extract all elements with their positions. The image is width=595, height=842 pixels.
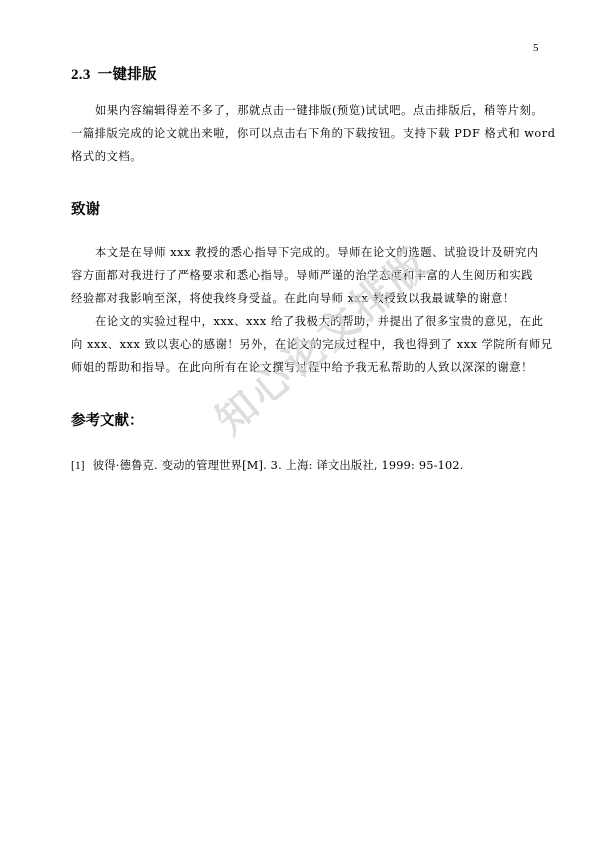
- acknowledgements-paragraph-2: 在论文的实验过程中，xxx、xxx 给了我极大的帮助，并提出了很多宝贵的意见，在…: [71, 310, 539, 379]
- section-2-3-paragraph: 如果内容编辑得差不多了，那就点击一键排版(预览)试试吧。点击排版后，稍等片刻。 …: [71, 99, 539, 168]
- paragraph-line: 本文是在导师 xxx 教授的悉心指导下完成的。导师在论文的选题、试验设计及研究内: [71, 241, 539, 264]
- acknowledgements-paragraph-1: 本文是在导师 xxx 教授的悉心指导下完成的。导师在论文的选题、试验设计及研究内…: [71, 241, 539, 310]
- acknowledgements-heading: 致谢: [71, 198, 100, 219]
- section-number: 2.3: [71, 67, 91, 83]
- paragraph-line: 在论文的实验过程中，xxx、xxx 给了我极大的帮助，并提出了很多宝贵的意见，在…: [71, 310, 539, 333]
- paragraph-line: 如果内容编辑得差不多了，那就点击一键排版(预览)试试吧。点击排版后，稍等片刻。: [71, 99, 539, 122]
- paragraph-line: 师姐的帮助和指导。在此向所有在论文撰写过程中给予我无私帮助的人致以深深的谢意！: [71, 356, 539, 379]
- section-title: 一键排版: [98, 67, 157, 83]
- reference-text: 彼得·德鲁克. 变动的管理世界[M]. 3. 上海: 译文出版社, 1999: …: [93, 459, 464, 472]
- paragraph-line: 一篇排版完成的论文就出来啦，你可以点击右下角的下载按钮。支持下载 PDF 格式和…: [71, 122, 539, 145]
- paragraph-line: 经验都对我影响至深，将使我终身受益。在此向导师 xxx 教授致以我最诚挚的谢意！: [71, 287, 539, 310]
- references-heading: 参考文献：: [71, 409, 144, 430]
- paragraph-line: 格式的文档。: [71, 145, 539, 168]
- section-heading-2-3: 2.3一键排版: [71, 63, 157, 84]
- reference-number: [1]: [71, 460, 85, 472]
- reference-item: [1]彼得·德鲁克. 变动的管理世界[M]. 3. 上海: 译文出版社, 199…: [71, 458, 464, 474]
- page-number: 5: [533, 42, 539, 54]
- paragraph-line: 向 xxx、xxx 致以衷心的感谢！另外，在论文的完成过程中，我也得到了 xxx…: [71, 333, 539, 356]
- paragraph-line: 容方面都对我进行了严格要求和悉心指导。导师严谨的治学态度和丰富的人生阅历和实践: [71, 264, 539, 287]
